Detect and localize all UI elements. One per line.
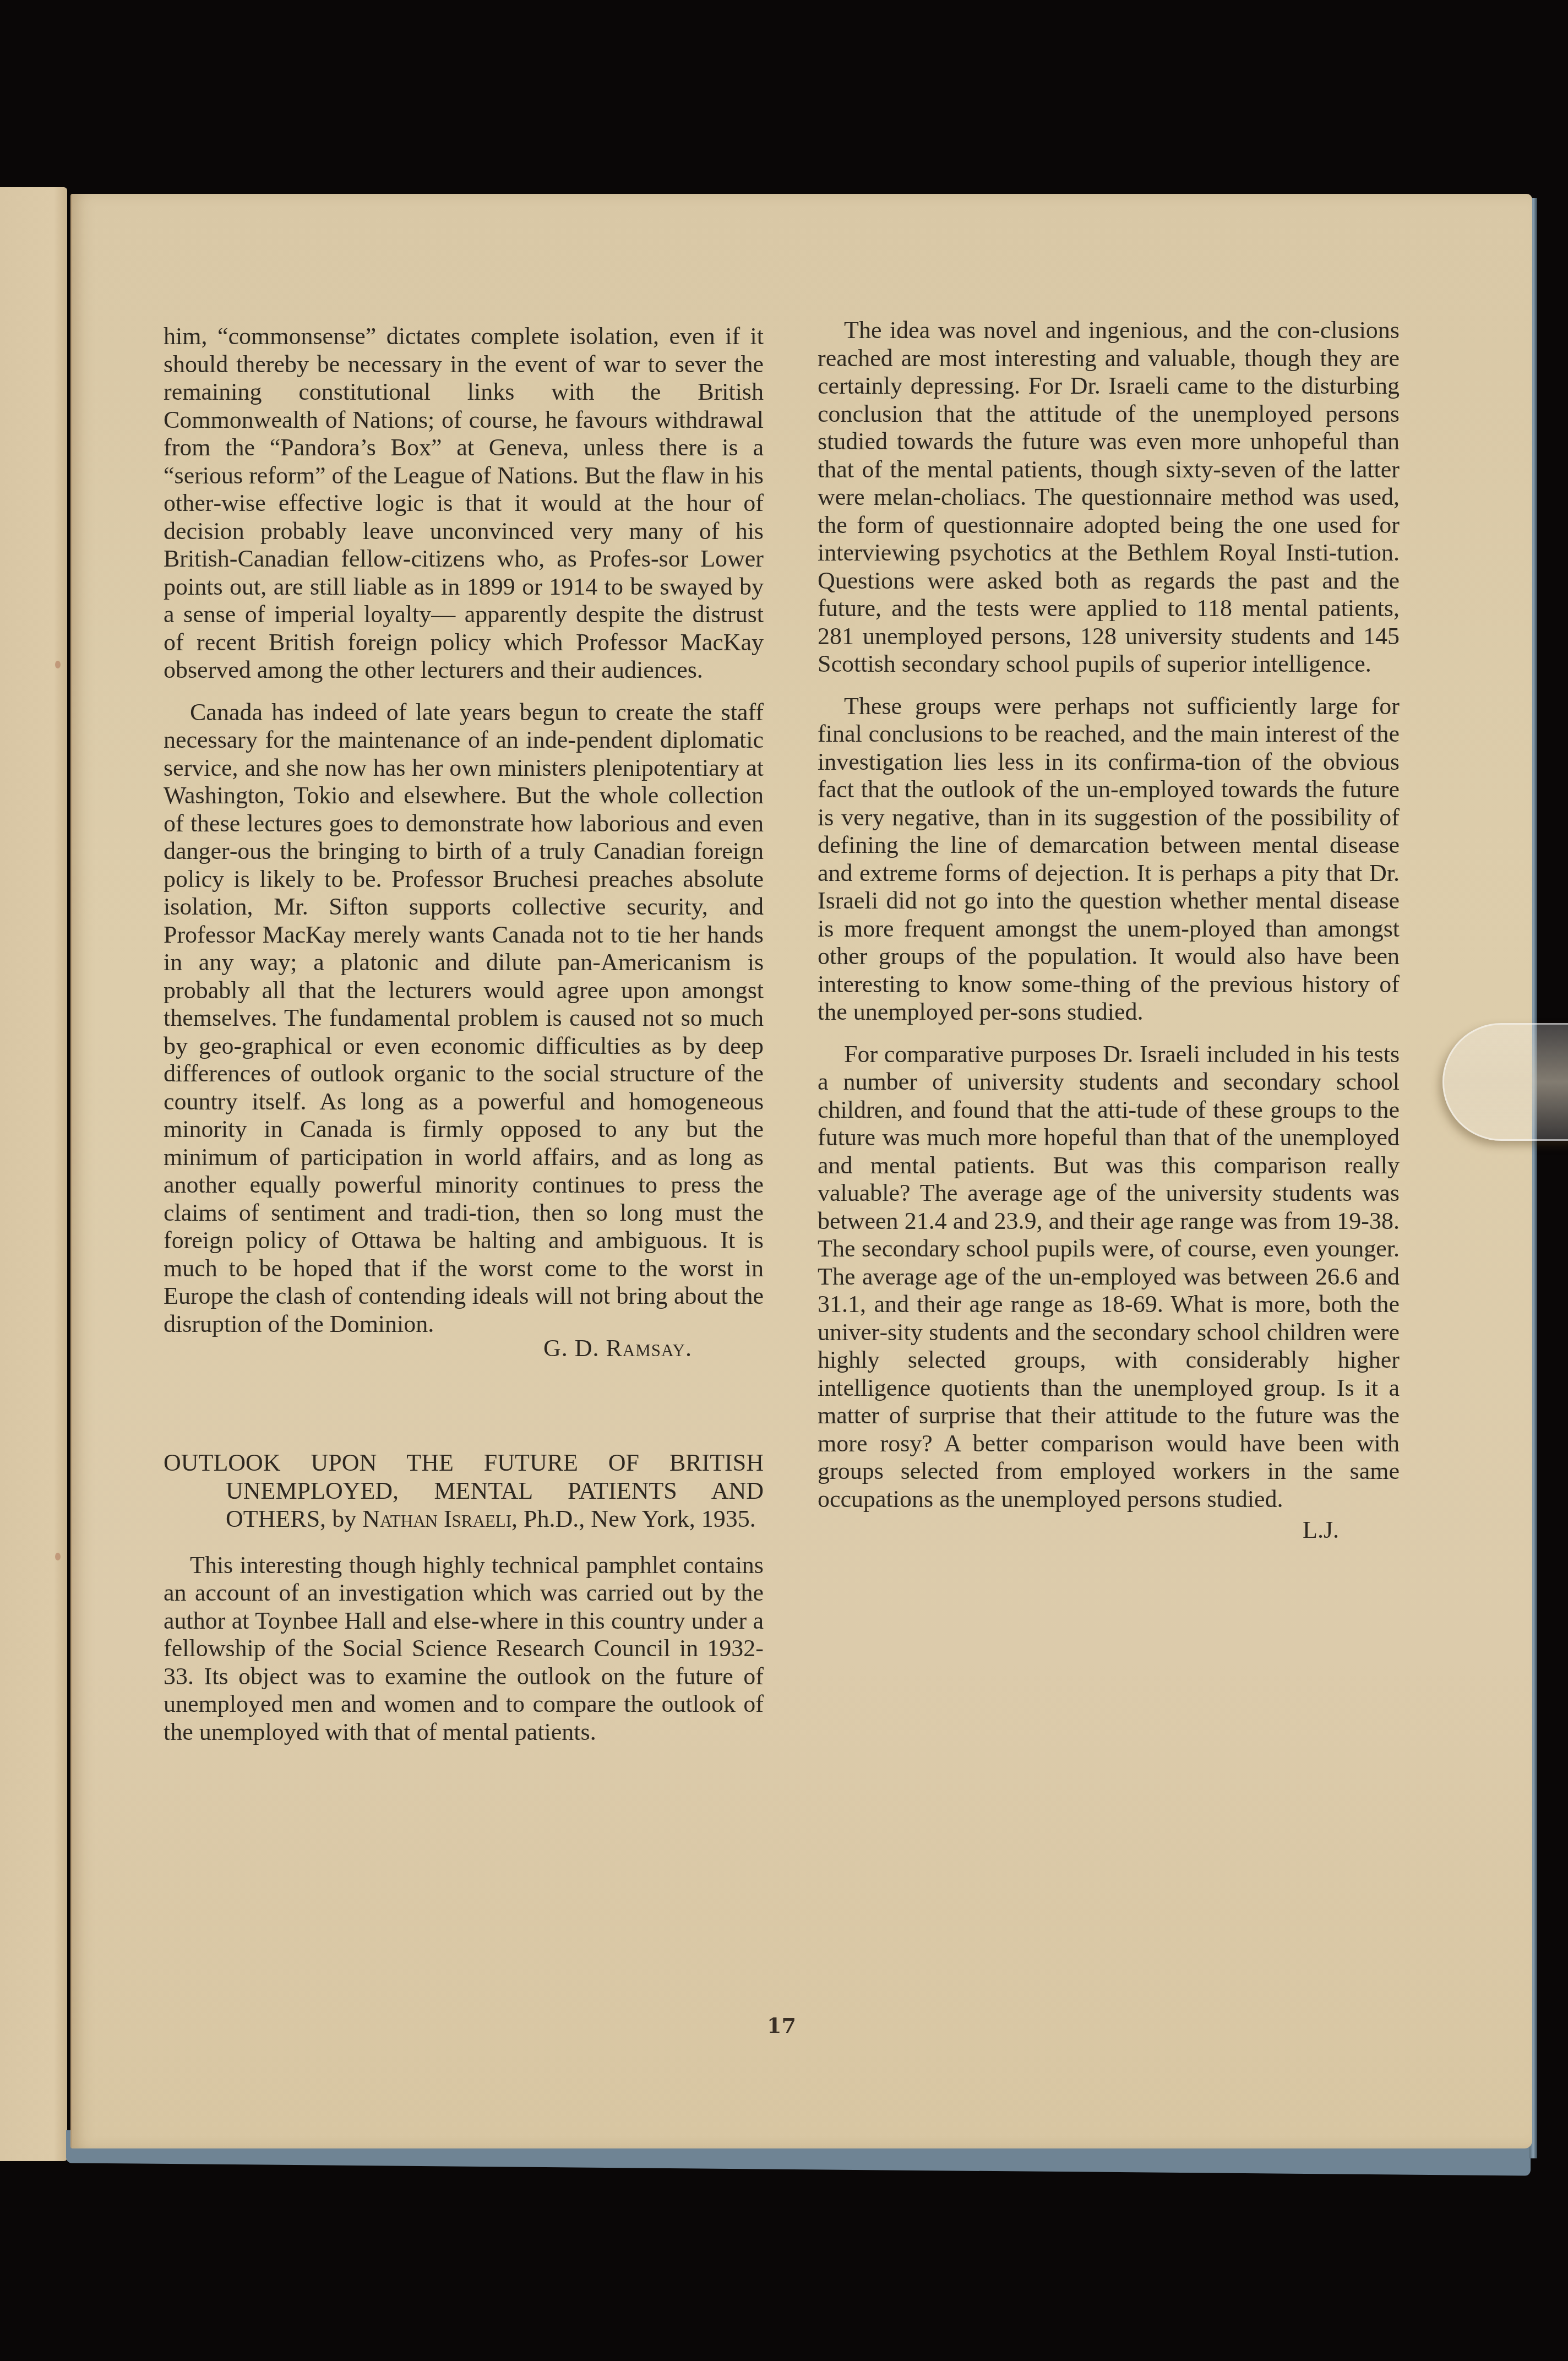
review-by: by <box>332 1505 356 1532</box>
review-imprint: New York, 1935. <box>591 1505 755 1532</box>
paragraph: These groups were perhaps not sufficient… <box>818 693 1400 1026</box>
paragraph: him, “commonsense” dictates complete iso… <box>164 323 764 684</box>
review-heading: OUTLOOK UPON THE FUTURE OF BRITISH UNEMP… <box>164 1449 764 1533</box>
paragraph: This interesting though highly technical… <box>164 1552 764 1747</box>
page-stain <box>55 661 61 668</box>
paragraph: The idea was novel and ingenious, and th… <box>818 317 1400 678</box>
page-stain <box>55 1553 61 1560</box>
paragraph: Canada has indeed of late years begun to… <box>164 699 764 1339</box>
page-clip <box>1442 1023 1568 1141</box>
left-column: him, “commonsense” dictates complete iso… <box>164 323 764 1760</box>
signature-lj: L.J. <box>818 1516 1400 1544</box>
review-author: Nathan Israeli <box>362 1505 511 1532</box>
review-credentials: , Ph.D., <box>511 1505 585 1532</box>
signature-ramsay: G. D. Ramsay. <box>164 1335 764 1363</box>
page-number: 17 <box>767 2013 796 2038</box>
previous-page-edge <box>0 187 67 2161</box>
paragraph: For comparative purposes Dr. Israeli inc… <box>818 1041 1400 1514</box>
right-column: The idea was novel and ingenious, and th… <box>818 317 1400 1544</box>
